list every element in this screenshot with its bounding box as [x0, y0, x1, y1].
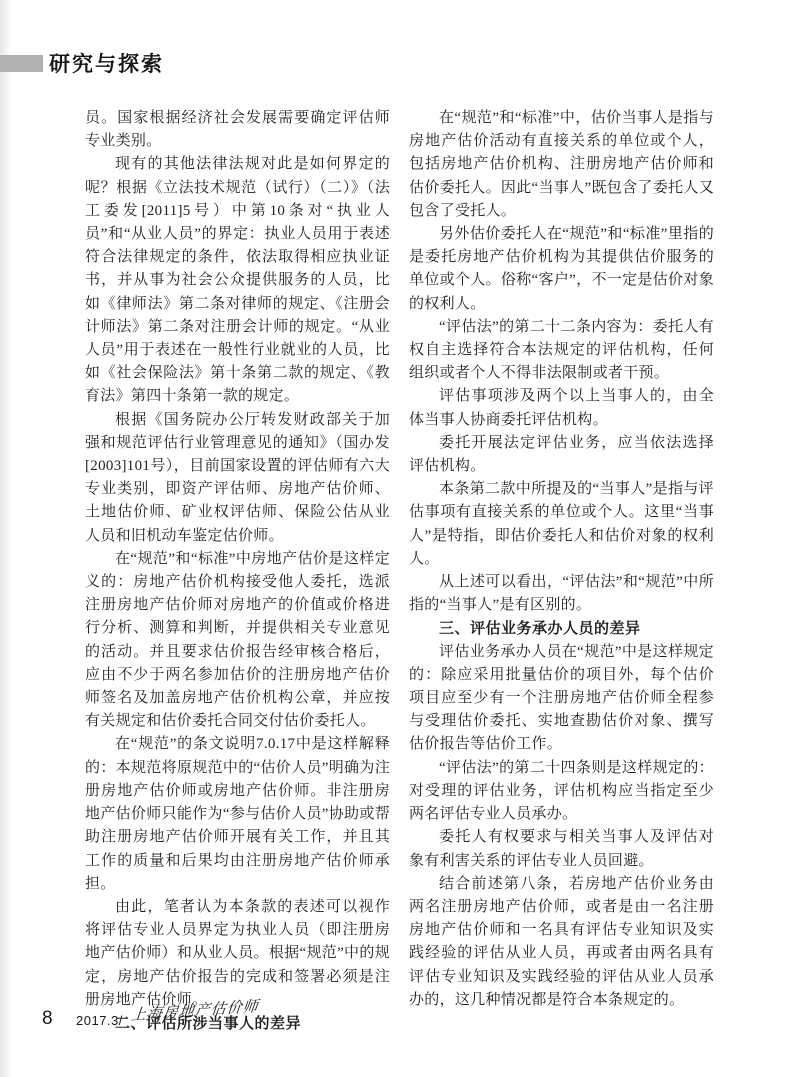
- section-title: 研究与探索: [49, 48, 164, 78]
- paragraph: 评估事项涉及两个以上当事人的，由全体当事人协商委托评估机构。: [409, 385, 714, 431]
- paragraph: 员。国家根据经济社会发展需要确定评估师专业类别。: [85, 107, 390, 153]
- paragraph: 委托开展法定评估业务，应当依法选择评估机构。: [409, 432, 714, 478]
- paragraph: 在“规范”的条文说明7.0.17中是这样解释的：本规范将原规范中的“估价人员”明…: [85, 733, 390, 895]
- paragraph: “评估法”的第二十四条则是这样规定的：对受理的评估业务，评估机构应当指定至少两名…: [409, 757, 714, 827]
- paragraph: “评估法”的第二十二条内容为：委托人有权自主选择符合本法规定的评估机构，任何组织…: [409, 316, 714, 386]
- paragraph: 根据《国务院办公厅转发财政部关于加强和规范评估行业管理意见的通知》（国办发[20…: [85, 409, 390, 548]
- article-body: 员。国家根据经济社会发展需要确定评估师专业类别。 现有的其他法律法规对此是如何界…: [85, 107, 714, 1035]
- issue-label: 2017.3/: [76, 1013, 123, 1028]
- section-marker-bar: [0, 55, 43, 72]
- paragraph: 现有的其他法律法规对此是如何界定的呢？根据《立法技术规范（试行）（二）》（法工委…: [85, 153, 390, 408]
- paragraph: 本条第二款中所提及的“当事人”是指与评估事项有直接关系的单位或个人。这里“当事人…: [409, 478, 714, 571]
- paragraph: 委托人有权要求与相关当事人及评估对象有利害关系的评估专业人员回避。: [409, 826, 714, 872]
- paragraph: 结合前述第八条，若房地产估价业务由两名注册房地产估价师，或者是由一名注册房地产估…: [409, 873, 714, 1012]
- right-column: 在“规范”和“标准”中，估价当事人是指与房地产估价活动有直接关系的单位或个人，包…: [409, 107, 714, 1035]
- page-number: 8: [42, 1008, 53, 1030]
- page-edge-shading: [0, 0, 12, 1077]
- paragraph: 由此，笔者认为本条款的表述可以视作将评估专业人员界定为执业人员（即注册房地产估价…: [85, 896, 390, 1012]
- paragraph: 评估业务承办人员在“规范”中是这样规定的：除应采用批量估价的项目外，每个估价项目…: [409, 641, 714, 757]
- page-footer: 8 2017.3/ 上海房地产估价师: [0, 1004, 794, 1044]
- journal-page: 研究与探索 员。国家根据经济社会发展需要确定评估师专业类别。 现有的其他法律法规…: [0, 0, 794, 1077]
- paragraph: 在“规范”和“标准”中，估价当事人是指与房地产估价活动有直接关系的单位或个人，包…: [409, 107, 714, 223]
- paragraph: 另外估价委托人在“规范”和“标准”里指的是委托房地产估价机构为其提供估价服务的单…: [409, 223, 714, 316]
- paragraph: 在“规范”和“标准”中房地产估价是这样定义的：房地产估价机构接受他人委托，选派注…: [85, 548, 390, 734]
- left-column: 员。国家根据经济社会发展需要确定评估师专业类别。 现有的其他法律法规对此是如何界…: [85, 107, 390, 1035]
- section-heading: 三、评估业务承办人员的差异: [409, 617, 714, 640]
- paragraph: 从上述可以看出，“评估法”和“规范”中所指的“当事人”是有区别的。: [409, 571, 714, 617]
